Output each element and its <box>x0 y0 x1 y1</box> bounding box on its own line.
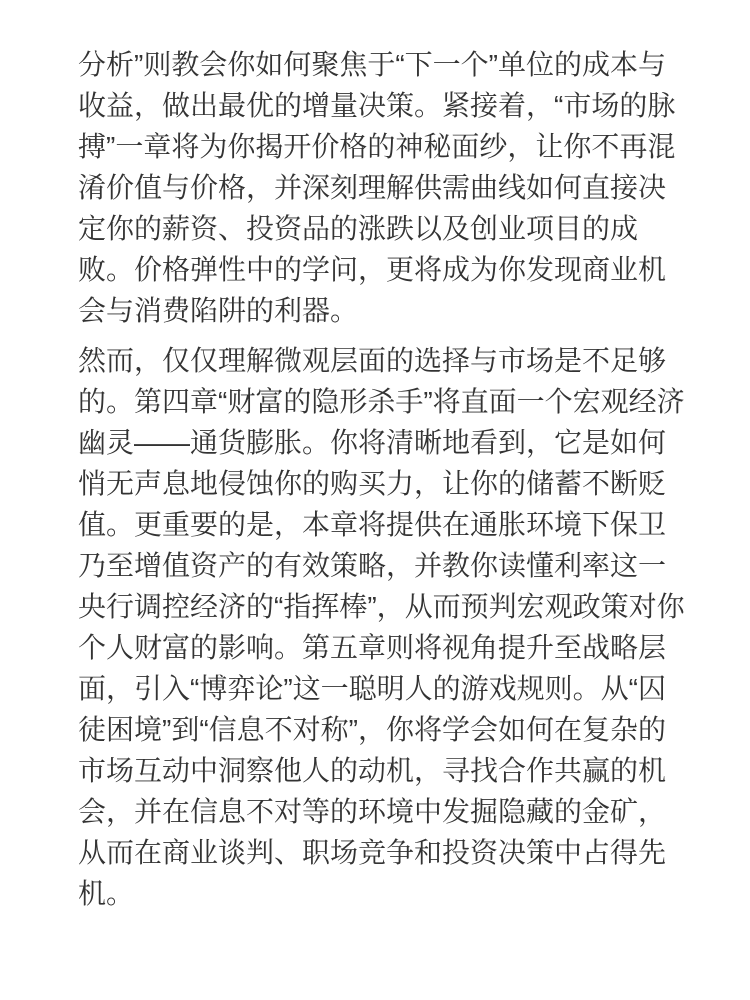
body-paragraph-1: 分析”则教会你如何聚焦于“下一个”单位的成本与收益，做出最优的增量决策。紧接着，… <box>78 44 690 331</box>
document-page: 分析”则教会你如何聚焦于“下一个”单位的成本与收益，做出最优的增量决策。紧接着，… <box>0 0 750 1000</box>
body-paragraph-2: 然而，仅仅理解微观层面的选择与市场是不足够的。第四章“财富的隐形杀手”将直面一个… <box>78 340 690 914</box>
